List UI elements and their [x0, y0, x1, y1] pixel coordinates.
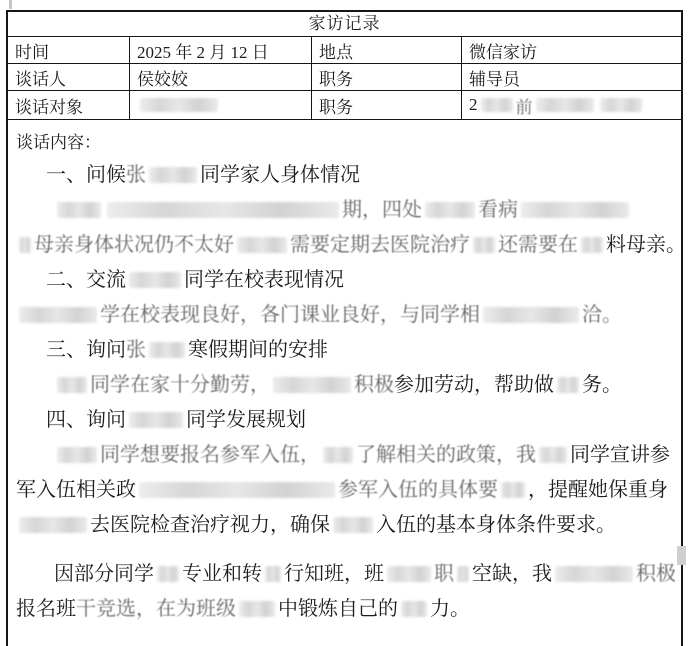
text-fragment: 空缺，我	[472, 563, 552, 585]
text-fragment: 母亲身体状况仍不太好	[34, 234, 234, 256]
text-fragment: 专业和转	[182, 563, 262, 585]
text-fragment: 干竞选，在为班级	[76, 598, 236, 620]
redacted-text	[19, 517, 87, 533]
redacted-text	[129, 412, 183, 428]
section-1-paragraph-line-2: 母亲身体状况仍不太好需要定期去医院治疗还需要在料母亲。	[16, 228, 675, 263]
section-3-paragraph-line-1: 同学在家十分勤劳，积极参加劳动，帮助做务。	[16, 368, 675, 403]
redacted-text	[333, 517, 373, 533]
text-fragment: 期，四处	[342, 199, 422, 221]
section-1-heading: 一、问候张同学家人身体情况	[16, 158, 675, 193]
redacted-text	[129, 272, 181, 288]
text-fragment: 行知班，班	[284, 563, 384, 585]
text-fragment: 同学家人身体情况	[200, 164, 360, 186]
section-2-paragraph-line-1: 学在校表现良好，各门课业良好，与同学相洽。	[16, 298, 675, 333]
section-4-paragraph-line-3: 去医院检查治疗视力，确保入伍的基本身体条件要求。	[16, 508, 675, 543]
text-fragment: 一、问候	[46, 164, 126, 186]
redacted-text	[539, 447, 567, 463]
redacted-text	[273, 377, 351, 393]
table-row-time: 时间 2025 年 2 月 12 日 地点 微信家访	[8, 37, 681, 64]
redacted-text	[139, 482, 335, 498]
page-edge-artifact	[9, 0, 12, 9]
subject-position-label: 职务	[312, 91, 462, 119]
document-page: 家访记录 时间 2025 年 2 月 12 日 地点 微信家访 谈话人 侯姣姣 …	[0, 0, 688, 646]
redacted-text	[401, 601, 427, 617]
text-fragment: 看病	[478, 199, 518, 221]
subject-label: 谈话对象	[8, 91, 130, 119]
redacted-text	[149, 342, 185, 358]
text-fragment: 力。	[430, 598, 470, 620]
text-fragment: 同学在校表现情况	[184, 269, 344, 291]
section-4-heading: 四、询问同学发展规划	[16, 403, 675, 438]
table-row-interviewer: 谈话人 侯姣姣 职务 辅导员	[8, 64, 681, 91]
redacted-text	[387, 566, 431, 582]
text-fragment: 料母亲。	[606, 234, 675, 256]
subject-position-value: 2 前	[462, 91, 681, 119]
text-fragment: 因部分同学	[54, 563, 154, 585]
section-4-paragraph-line-1: 同学想要报名参军入伍，了解相关的政策，我同学宣讲参	[16, 438, 675, 473]
document-title: 家访记录	[309, 14, 381, 33]
text-fragment: 入伍的基本身体条件要求。	[376, 514, 616, 536]
table-title-row: 家访记录	[8, 12, 681, 37]
time-value: 2025 年 2 月 12 日	[130, 37, 312, 63]
section-4-paragraph-line-2: 军入伍相关政参军入伍的具体要，提醒她保重身	[16, 473, 675, 508]
redacted-text	[239, 601, 275, 617]
redacted-text	[483, 307, 579, 323]
text-fragment: ，提醒她保重身	[528, 479, 668, 501]
text-fragment: 参加劳动，帮助做	[394, 374, 554, 396]
text-fragment: 张	[126, 339, 146, 361]
time-label: 时间	[8, 37, 130, 63]
redacted-text	[600, 98, 642, 112]
section-3-heading: 三、询问张寒假期间的安排	[16, 333, 675, 368]
text-fragment: 同学宣讲参	[570, 444, 670, 466]
redacted-text	[19, 237, 31, 253]
home-visit-record-table: 家访记录 时间 2025 年 2 月 12 日 地点 微信家访 谈话人 侯姣姣 …	[6, 10, 683, 646]
position-value: 辅导员	[462, 64, 681, 90]
position-label: 职务	[312, 64, 462, 90]
text-fragment: 需要定期去医院治疗	[290, 234, 470, 256]
text-fragment: 积极	[636, 563, 675, 585]
redacted-text	[323, 447, 353, 463]
redacted-text	[557, 377, 579, 393]
redacted-text	[237, 237, 287, 253]
section-5-paragraph-line-1: 因部分同学专业和转行知班，班职空缺，我积极	[16, 557, 675, 592]
redacted-text	[140, 98, 218, 112]
table-row-subject: 谈话对象 职务 2 前	[8, 91, 681, 120]
text-fragment: 报名班	[16, 598, 76, 620]
subject-value-redacted	[130, 91, 312, 119]
redacted-text	[536, 98, 594, 112]
redacted-text	[457, 566, 469, 582]
text-fragment: 了解相关的政策，我	[356, 444, 536, 466]
text-fragment: 寒假期间的安排	[188, 339, 328, 361]
text-fragment: 二、交流	[46, 269, 126, 291]
redacted-text	[501, 482, 525, 498]
text-fragment: 前	[516, 93, 533, 118]
redacted-text	[149, 167, 197, 183]
text-fragment: 同学想要报名参军入伍，	[100, 444, 320, 466]
text-fragment: 积极	[354, 374, 394, 396]
scrollbar-thumb[interactable]	[677, 546, 686, 565]
text-fragment: 三、询问	[46, 339, 126, 361]
text-fragment: 张	[126, 164, 146, 186]
text-fragment: 同学发展规划	[186, 409, 306, 431]
text-fragment: 洽。	[582, 304, 622, 326]
content-label: 谈话内容：	[16, 128, 675, 158]
redacted-text	[521, 202, 629, 218]
redacted-text	[107, 202, 339, 218]
location-value: 微信家访	[462, 37, 681, 63]
redacted-text	[57, 447, 97, 463]
text-fragment: 职	[434, 563, 454, 585]
text-fragment: 2	[469, 95, 478, 115]
redacted-text	[57, 202, 101, 218]
section-1-paragraph-line-1: 期，四处看病	[16, 193, 675, 228]
text-fragment: 务。	[582, 374, 622, 396]
text-fragment: 四、询问	[46, 409, 126, 431]
text-fragment: 学在校表现良好，各门课业良好，与同学相	[100, 304, 480, 326]
text-fragment: 参军入伍的具体要	[338, 479, 498, 501]
redacted-text	[265, 566, 281, 582]
redacted-text	[19, 307, 97, 323]
redacted-text	[157, 566, 179, 582]
redacted-text	[481, 98, 513, 112]
section-5-paragraph-line-2: 报名班干竞选，在为班级中锻炼自己的力。	[16, 592, 675, 627]
text-fragment: 还需要在	[498, 234, 578, 256]
content-cell: 谈话内容： 一、问候张同学家人身体情况 期，四处看病 母亲身体状况仍不太好需要定…	[8, 120, 681, 627]
redacted-text	[555, 566, 633, 582]
text-fragment: 军入伍相关政	[16, 479, 136, 501]
text-fragment: 去医院检查治疗视力，确保	[90, 514, 330, 536]
redacted-text	[581, 237, 603, 253]
redacted-text	[57, 377, 87, 393]
text-fragment: 中锻炼自己的	[278, 598, 398, 620]
location-label: 地点	[312, 37, 462, 63]
interviewer-value: 侯姣姣	[130, 64, 312, 90]
redacted-text	[425, 202, 475, 218]
text-fragment: 同学在家十分勤劳，	[90, 374, 270, 396]
redacted-text	[473, 237, 495, 253]
interviewer-label: 谈话人	[8, 64, 130, 90]
section-2-heading: 二、交流同学在校表现情况	[16, 263, 675, 298]
